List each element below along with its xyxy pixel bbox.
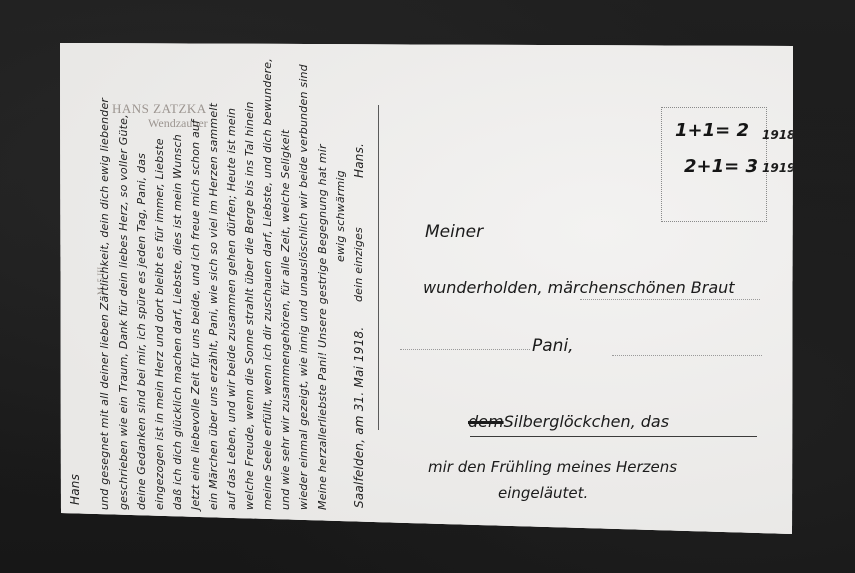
year-1919: 1919 [762,161,795,175]
struck-word: dem [468,412,504,431]
year-1918: 1918 [762,128,795,142]
message-line: Jetzt eine liebevolle Zeit für uns beide… [189,120,202,510]
message-header: Hans. [352,143,366,178]
postcard: HANS ZATZKA Wendzauber M. 5 III Hans. de… [0,0,855,573]
stamp-equation-2: 2+1= 3 [684,156,758,177]
place-date: Saalfelden, am 31. Mai 1918. [352,327,366,508]
address-line-3: Pani, [532,336,574,356]
message-line: wieder einmal gezeigt, wie innig und una… [297,64,310,510]
message-header-sub2: ewig schwärmig [334,170,347,262]
message-line: meine Seele erfüllt, wenn ich dir zuscha… [261,58,274,510]
message-line: geschrieben wie ein Traum, Dank für dein… [117,114,130,510]
address-line-1: Meiner [425,222,483,242]
message-line: und gesegnet mit all deiner lieben Zärtl… [98,98,111,510]
address-line-4: demSilberglöckchen, das [468,412,669,431]
message-line: Meine herzallerliebste Pani! Unsere gest… [316,144,329,510]
message-line: und wie sehr wir zusammengehören, für al… [279,130,292,511]
message-line: auf das Leben, und wir beide zusammen ge… [225,108,238,510]
message-line: daß ich dich glücklich machen darf, Lieb… [171,134,184,510]
card-divider-line [378,105,379,430]
message-line: deine Gedanken sind bei mir, ich spüre e… [135,153,148,510]
message-line: welche Freude, wenn die Sonne strahlt üb… [243,101,256,510]
address-dotted-line-1b [612,355,762,356]
address-dotted-line-2 [580,299,760,300]
address-line-5: mir den Frühling meines Herzens [428,458,677,476]
address-line-6: eingeläutet. [498,484,588,502]
message-line: ein Märchen über uns erzählt, Pani, wie … [207,103,220,510]
address-dotted-line-1 [400,349,530,350]
address-line-4-text: Silberglöckchen, das [504,412,669,431]
message-header-sub: dein einziges [352,227,365,302]
address-line-2: wunderholden, märchenschönen Braut [423,278,735,297]
stamp-equation-1: 1+1= 2 [675,120,749,141]
message-line: eingezogen ist in mein Herz und dort ble… [153,138,166,510]
address-underline [470,436,757,437]
message-signature: Hans [68,474,82,505]
